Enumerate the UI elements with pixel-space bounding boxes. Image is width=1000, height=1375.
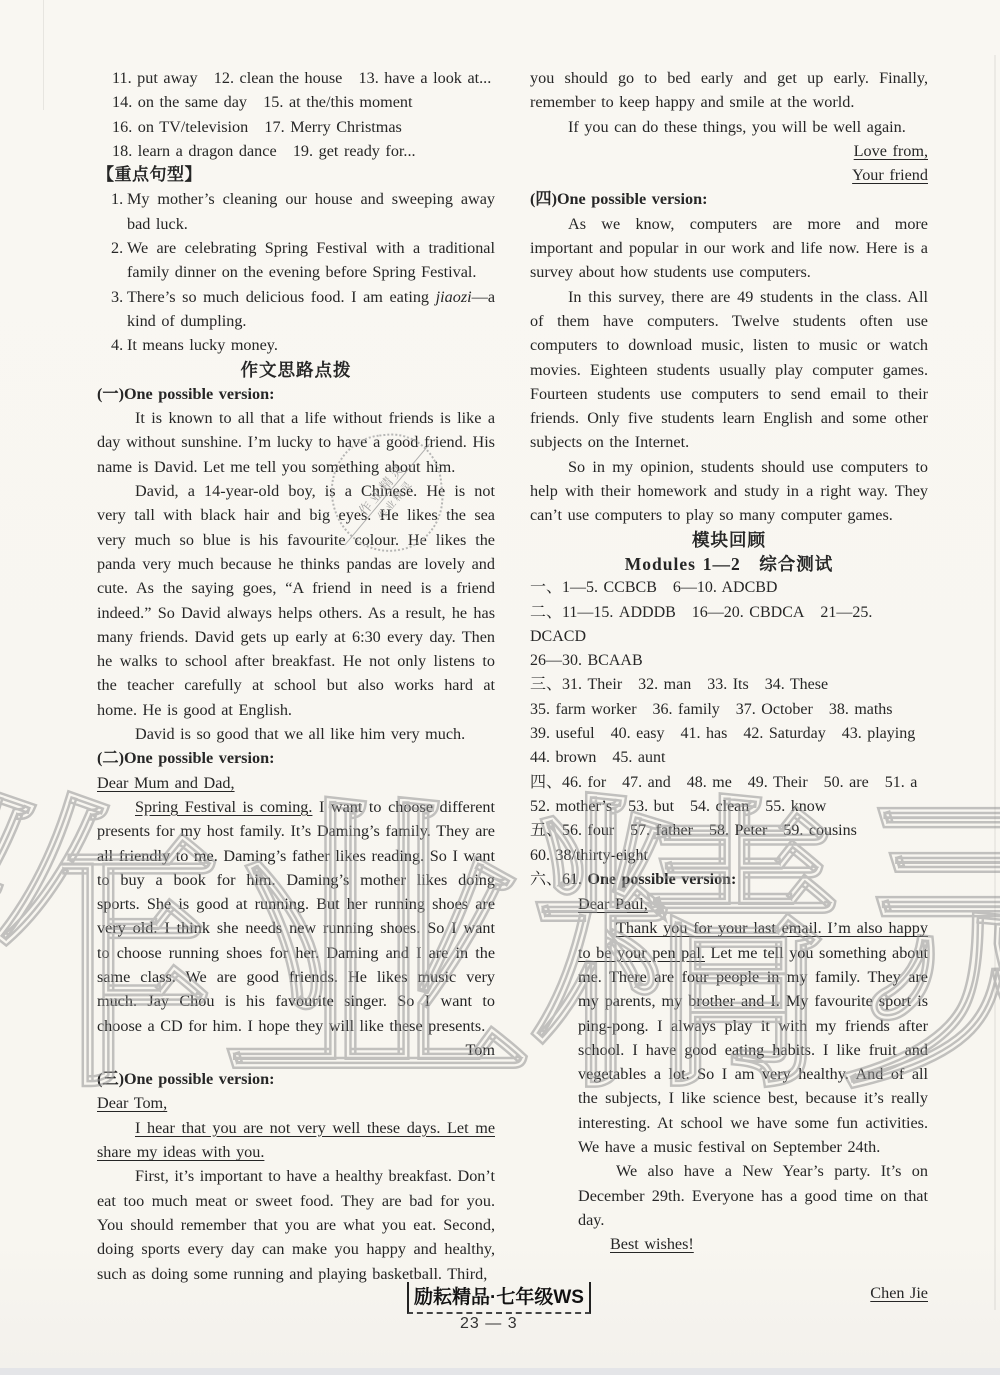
essay-paragraph: It is known to all that a life without f… [97, 406, 495, 479]
bottom-edge [0, 1368, 1000, 1375]
letter-salutation: Dear Tom, [97, 1091, 495, 1115]
key-sentence-item: 4. It means lucky money. [97, 333, 495, 357]
phrase-line: 11. put away 12. clean the house 13. hav… [97, 66, 495, 90]
modules-test-heading: Modules 1—2 综合测试 [530, 552, 928, 576]
answer-line: 44. brown 45. aunt [530, 746, 928, 770]
essay-paragraph: First, it’s important to have a healthy … [97, 1164, 495, 1285]
essay-paragraph: We also have a New Year’s party. It’s on… [578, 1159, 928, 1232]
phrase-line: 16. on TV/television 17. Merry Christmas [97, 115, 495, 139]
key-sentence-item: 3. There’s so much delicious food. I am … [97, 285, 495, 334]
page-edge-shadow [994, 55, 996, 1310]
item-text: My mother’s cleaning our house and sweep… [127, 190, 495, 232]
letter-closing: Best wishes! [578, 1232, 928, 1256]
version-3-heading: (三)One possible version: [97, 1067, 495, 1091]
essay-paragraph: As we know, computers are more and more … [530, 212, 928, 285]
module-review-heading: 模块回顾 [530, 528, 928, 552]
letter-signature: Your friend [530, 163, 928, 187]
item-number: 2. [111, 236, 123, 260]
essay-guide-heading: 作文思路点拨 [97, 358, 495, 382]
essay-paragraph: If you can do these things, you will be … [530, 115, 928, 139]
answer-line: 五、56. four 57. father 58. Peter 59. cous… [530, 819, 928, 843]
sample-letter: Dear Paul, Thank you for your last email… [578, 892, 928, 1305]
answer-line: 35. farm worker 36. family 37. October 3… [530, 698, 928, 722]
right-column: you should go to bed early and get up ea… [530, 66, 928, 1305]
workbook-answer-page: 作业精灵 作业精灵 作业精灵 11. put away 12. clean th… [0, 0, 1000, 1375]
publisher-brand: 励耘精品·七年级WS [407, 1282, 591, 1314]
answer-line: 26—30. BCAAB [530, 649, 928, 673]
underlined-sentence: Spring Festival is coming. [135, 798, 312, 816]
phrase-line: 14. on the same day 15. at the/this mome… [97, 90, 495, 114]
essay-paragraph: So in my opinion, students should use co… [530, 455, 928, 528]
key-sentence-item: 2. We are celebrating Spring Festival wi… [97, 236, 495, 285]
answer-line: 二、11—15. ADDDB 16—20. CBDCA 21—25. DCACD [530, 601, 928, 650]
key-sentences-heading: 【重点句型】 [97, 163, 495, 187]
essay-paragraph-continued: you should go to bed early and get up ea… [530, 66, 928, 115]
version-4-heading: (四)One possible version: [530, 187, 928, 211]
version-1-heading: (一)One possible version: [97, 382, 495, 406]
answer-line: 三、31. Their 32. man 33. Its 34. These [530, 673, 928, 697]
item-number: 3. [111, 285, 123, 309]
item-text: It means lucky money. [127, 336, 278, 354]
underlined-sentence: I hear that you are not very well these … [97, 1119, 495, 1161]
answer-line-writing: 六、61. One possible version: [530, 868, 928, 892]
answer-line: 52. mother’s 53. but 54. clean 55. know [530, 795, 928, 819]
item-text: There’s so much delicious food. I am eat… [127, 288, 436, 306]
page-number: 23 — 3 [460, 1315, 518, 1333]
essay-paragraph: I hear that you are not very well these … [97, 1116, 495, 1165]
letter-signature: Tom [97, 1038, 495, 1062]
scan-crease [43, 0, 44, 110]
letter-closing: Love from, [530, 139, 928, 163]
answer-line: 39. useful 40. easy 41. has 42. Saturday… [530, 722, 928, 746]
item-number: 4. [111, 333, 123, 357]
phrase-line: 18. learn a dragon dance 19. get ready f… [97, 139, 495, 163]
essay-paragraph: In this survey, there are 49 students in… [530, 285, 928, 455]
version-6-heading: One possible version: [588, 871, 737, 888]
left-column: 11. put away 12. clean the house 13. hav… [97, 66, 495, 1286]
letter-signature: Chen Jie [578, 1281, 928, 1305]
answer-line: 四、46. for 47. and 48. me 49. Their 50. a… [530, 771, 928, 795]
version-2-heading: (二)One possible version: [97, 746, 495, 770]
letter-salutation: Dear Mum and Dad, [97, 771, 495, 795]
letter-salutation: Dear Paul, [578, 892, 928, 916]
essay-paragraph: David, a 14-year-old boy, is a Chinese. … [97, 479, 495, 722]
item-number: 1. [111, 187, 123, 211]
answer-line: 60. 38/thirty-eight [530, 844, 928, 868]
answer-line: 一、1—5. CCBCB 6—10. ADCBD [530, 576, 928, 600]
essay-paragraph: Spring Festival is coming. I want to cho… [97, 795, 495, 1038]
essay-paragraph: David is so good that we all like him ve… [97, 722, 495, 746]
essay-paragraph: Thank you for your last email. I’m also … [578, 916, 928, 1159]
key-sentence-item: 1. My mother’s cleaning our house and sw… [97, 187, 495, 236]
italic-word: jiaozi [436, 288, 472, 306]
item-text: We are celebrating Spring Festival with … [127, 239, 495, 281]
